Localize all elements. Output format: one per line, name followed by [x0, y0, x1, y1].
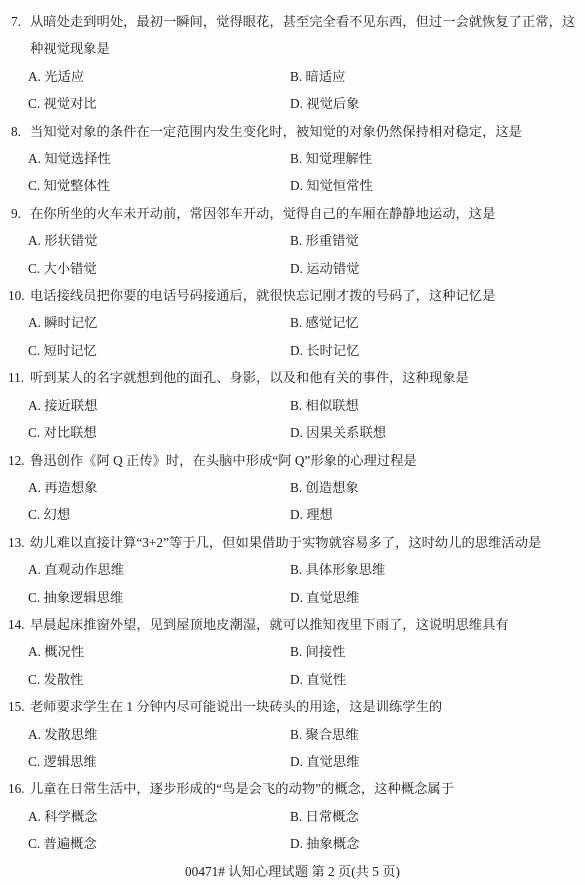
option-a: A. 光适应	[28, 63, 290, 90]
question-number: 13.	[8, 529, 30, 556]
question-number: 7.	[8, 8, 30, 35]
question-number: 8.	[8, 118, 30, 145]
option-c: C. 抽象逻辑思维	[28, 584, 290, 611]
option-d: D. 视觉后象	[290, 90, 577, 117]
option-d: D. 抽象概念	[290, 830, 577, 857]
option-a: A. 知觉选择性	[28, 145, 290, 172]
option-c: C. 对比联想	[28, 419, 290, 446]
option-a: A. 发散思维	[28, 721, 290, 748]
option-a: A. 形状错觉	[28, 227, 290, 254]
option-b: B. 相似联想	[290, 392, 577, 419]
option-d: D. 直觉思维	[290, 584, 577, 611]
question: 8. 当知觉对象的条件在一定范围内发生变化时，被知觉的对象仍然保持相对稳定，这是…	[8, 118, 577, 200]
options-grid: A. 知觉选择性 B. 知觉理解性 C. 知觉整体性 D. 知觉恒常性	[8, 145, 577, 200]
question-number: 16.	[8, 775, 30, 802]
question-number: 12.	[8, 447, 30, 474]
question-text: 从暗处走到明处，最初一瞬间，觉得眼花，甚至完全看不见东西，但过一会就恢复了正常，…	[30, 8, 577, 63]
options-grid: A. 直观动作思维 B. 具体形象思维 C. 抽象逻辑思维 D. 直觉思维	[8, 556, 577, 611]
question-text: 当知觉对象的条件在一定范围内发生变化时，被知觉的对象仍然保持相对稳定，这是	[30, 118, 577, 145]
question-head: 12. 鲁迅创作《阿 Q 正传》时，在头脑中形成“阿 Q”形象的心理过程是	[8, 447, 577, 474]
question-head: 13. 幼儿难以直接计算“3+2”等于几，但如果借助于实物就容易多了，这时幼儿的…	[8, 529, 577, 556]
question: 9. 在你所坐的火车未开动前，常因邻车开动，觉得自己的车厢在静静地运动，这是 A…	[8, 200, 577, 282]
option-c: C. 大小错觉	[28, 255, 290, 282]
question-head: 15. 老师要求学生在 1 分钟内尽可能说出一块砖头的用途，这是训练学生的	[8, 693, 577, 720]
options-grid: A. 接近联想 B. 相似联想 C. 对比联想 D. 因果关系联想	[8, 392, 577, 447]
question-head: 7. 从暗处走到明处，最初一瞬间，觉得眼花，甚至完全看不见东西，但过一会就恢复了…	[8, 8, 577, 63]
question-list: 7. 从暗处走到明处，最初一瞬间，觉得眼花，甚至完全看不见东西，但过一会就恢复了…	[8, 8, 577, 858]
option-a: A. 科学概念	[28, 803, 290, 830]
option-a: A. 瞬时记忆	[28, 309, 290, 336]
question-text: 鲁迅创作《阿 Q 正传》时，在头脑中形成“阿 Q”形象的心理过程是	[30, 447, 577, 474]
option-d: D. 直觉思维	[290, 748, 577, 775]
question-number: 9.	[8, 200, 30, 227]
question-head: 11. 听到某人的名字就想到他的面孔、身影，以及和他有关的事件，这种现象是	[8, 364, 577, 391]
question: 16. 儿童在日常生活中，逐步形成的“鸟是会飞的动物”的概念，这种概念属于 A.…	[8, 775, 577, 857]
options-grid: A. 概况性 B. 间接性 C. 发散性 D. 直觉性	[8, 638, 577, 693]
question-head: 8. 当知觉对象的条件在一定范围内发生变化时，被知觉的对象仍然保持相对稳定，这是	[8, 118, 577, 145]
options-grid: A. 光适应 B. 暗适应 C. 视觉对比 D. 视觉后象	[8, 63, 577, 118]
options-grid: A. 科学概念 B. 日常概念 C. 普遍概念 D. 抽象概念	[8, 803, 577, 858]
option-a: A. 接近联想	[28, 392, 290, 419]
question: 13. 幼儿难以直接计算“3+2”等于几，但如果借助于实物就容易多了，这时幼儿的…	[8, 529, 577, 611]
question: 12. 鲁迅创作《阿 Q 正传》时，在头脑中形成“阿 Q”形象的心理过程是 A.…	[8, 447, 577, 529]
question-number: 15.	[8, 693, 30, 720]
question-head: 9. 在你所坐的火车未开动前，常因邻车开动，觉得自己的车厢在静静地运动，这是	[8, 200, 577, 227]
option-d: D. 知觉恒常性	[290, 172, 577, 199]
question: 11. 听到某人的名字就想到他的面孔、身影，以及和他有关的事件，这种现象是 A.…	[8, 364, 577, 446]
question-text: 幼儿难以直接计算“3+2”等于几，但如果借助于实物就容易多了，这时幼儿的思维活动…	[30, 529, 577, 556]
option-a: A. 直观动作思维	[28, 556, 290, 583]
option-b: B. 暗适应	[290, 63, 577, 90]
option-a: A. 概况性	[28, 638, 290, 665]
option-b: B. 形重错觉	[290, 227, 577, 254]
option-c: C. 知觉整体性	[28, 172, 290, 199]
question: 14. 早晨起床推窗外望，见到屋顶地皮潮湿，就可以推知夜里下雨了，这说明思维具有…	[8, 611, 577, 693]
options-grid: A. 瞬时记忆 B. 感觉记忆 C. 短时记忆 D. 长时记忆	[8, 309, 577, 364]
question-text: 儿童在日常生活中，逐步形成的“鸟是会飞的动物”的概念，这种概念属于	[30, 775, 577, 802]
option-d: D. 运动错觉	[290, 255, 577, 282]
option-d: D. 直觉性	[290, 666, 577, 693]
question-text: 在你所坐的火车未开动前，常因邻车开动，觉得自己的车厢在静静地运动，这是	[30, 200, 577, 227]
option-b: B. 聚合思维	[290, 721, 577, 748]
option-b: B. 日常概念	[290, 803, 577, 830]
option-d: D. 理想	[290, 501, 577, 528]
options-grid: A. 形状错觉 B. 形重错觉 C. 大小错觉 D. 运动错觉	[8, 227, 577, 282]
question-text: 电话接线员把你要的电话号码接通后，就很快忘记刚才拨的号码了，这种记忆是	[30, 282, 577, 309]
option-b: B. 感觉记忆	[290, 309, 577, 336]
options-grid: A. 再造想象 B. 创造想象 C. 幻想 D. 理想	[8, 474, 577, 529]
option-a: A. 再造想象	[28, 474, 290, 501]
option-c: C. 普遍概念	[28, 830, 290, 857]
question-number: 10.	[8, 282, 30, 309]
option-c: C. 视觉对比	[28, 90, 290, 117]
question: 7. 从暗处走到明处，最初一瞬间，觉得眼花，甚至完全看不见东西，但过一会就恢复了…	[8, 8, 577, 118]
option-c: C. 短时记忆	[28, 337, 290, 364]
option-c: C. 幻想	[28, 501, 290, 528]
question-text: 早晨起床推窗外望，见到屋顶地皮潮湿，就可以推知夜里下雨了，这说明思维具有	[30, 611, 577, 638]
option-c: C. 逻辑思维	[28, 748, 290, 775]
question-head: 10. 电话接线员把你要的电话号码接通后，就很快忘记刚才拨的号码了，这种记忆是	[8, 282, 577, 309]
question: 15. 老师要求学生在 1 分钟内尽可能说出一块砖头的用途，这是训练学生的 A.…	[8, 693, 577, 775]
option-b: B. 知觉理解性	[290, 145, 577, 172]
option-c: C. 发散性	[28, 666, 290, 693]
question-number: 14.	[8, 611, 30, 638]
option-b: B. 间接性	[290, 638, 577, 665]
option-b: B. 具体形象思维	[290, 556, 577, 583]
option-d: D. 长时记忆	[290, 337, 577, 364]
question-head: 16. 儿童在日常生活中，逐步形成的“鸟是会飞的动物”的概念，这种概念属于	[8, 775, 577, 802]
question: 10. 电话接线员把你要的电话号码接通后，就很快忘记刚才拨的号码了，这种记忆是 …	[8, 282, 577, 364]
question-text: 老师要求学生在 1 分钟内尽可能说出一块砖头的用途，这是训练学生的	[30, 693, 577, 720]
options-grid: A. 发散思维 B. 聚合思维 C. 逻辑思维 D. 直觉思维	[8, 721, 577, 776]
question-number: 11.	[8, 364, 30, 391]
page-footer: 00471# 认知心理试题 第 2 页(共 5 页)	[8, 858, 577, 885]
option-d: D. 因果关系联想	[290, 419, 577, 446]
question-head: 14. 早晨起床推窗外望，见到屋顶地皮潮湿，就可以推知夜里下雨了，这说明思维具有	[8, 611, 577, 638]
question-text: 听到某人的名字就想到他的面孔、身影，以及和他有关的事件，这种现象是	[30, 364, 577, 391]
option-b: B. 创造想象	[290, 474, 577, 501]
exam-page: 7. 从暗处走到明处，最初一瞬间，觉得眼花，甚至完全看不见东西，但过一会就恢复了…	[0, 0, 585, 885]
